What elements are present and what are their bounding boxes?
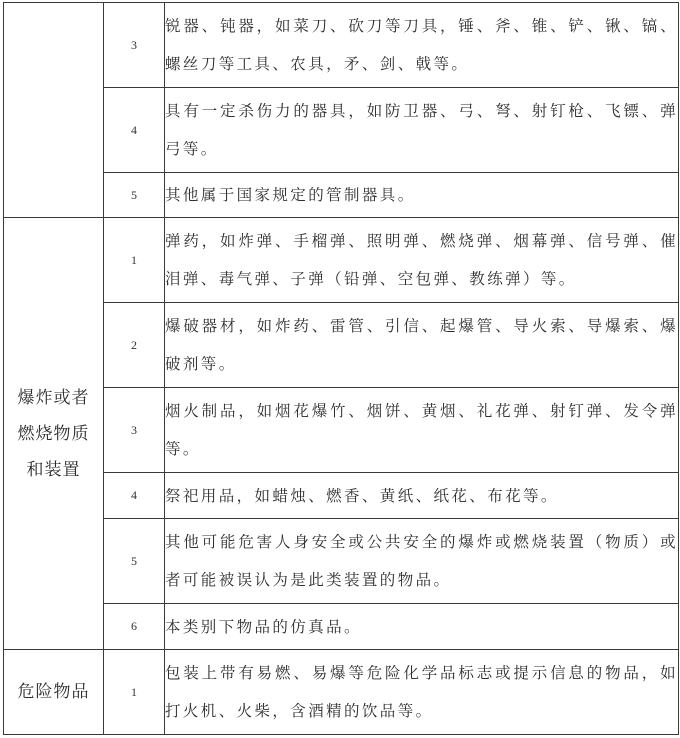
item-description: 其他可能危害人身安全或公共安全的爆炸或燃烧装置（物质）或者可能被误认为是此类装置… (165, 519, 679, 604)
category-line: 燃烧物质 (4, 416, 103, 452)
item-number: 2 (104, 303, 165, 388)
table-row: 3 烟火制品，如烟花爆竹、烟饼、黄烟、礼花弹、射钉弹、发令弹等。 (4, 388, 679, 473)
item-number: 4 (104, 88, 165, 173)
item-description: 烟火制品，如烟花爆竹、烟饼、黄烟、礼花弹、射钉弹、发令弹等。 (165, 388, 679, 473)
item-description: 包装上带有易燃、易爆等危险化学品标志或提示信息的物品，如打火机、火柴，含酒精的饮… (165, 650, 679, 735)
item-number: 5 (104, 519, 165, 604)
item-number: 6 (104, 604, 165, 650)
item-description: 锐器、钝器，如菜刀、砍刀等刀具，锤、斧、锥、铲、锹、镐、螺丝刀等工具、农具，矛、… (165, 3, 679, 88)
item-description: 爆破器材，如炸药、雷管、引信、起爆管、导火索、导爆索、爆破剂等。 (165, 303, 679, 388)
item-description: 祭祀用品，如蜡烛、燃香、黄纸、纸花、布花等。 (165, 473, 679, 519)
category-cell-controlled-instruments (4, 3, 104, 218)
item-description: 本类别下物品的仿真品。 (165, 604, 679, 650)
category-cell-explosives: 爆炸或者 燃烧物质 和装置 (4, 218, 104, 650)
table-row: 5 其他可能危害人身安全或公共安全的爆炸或燃烧装置（物质）或者可能被误认为是此类… (4, 519, 679, 604)
item-number: 5 (104, 173, 165, 218)
table-row: 6 本类别下物品的仿真品。 (4, 604, 679, 650)
item-number: 3 (104, 3, 165, 88)
table-row: 5 其他属于国家规定的管制器具。 (4, 173, 679, 218)
item-number: 1 (104, 218, 165, 303)
item-number: 3 (104, 388, 165, 473)
category-line: 爆炸或者 (4, 380, 103, 416)
table-row: 2 爆破器材，如炸药、雷管、引信、起爆管、导火索、导爆索、爆破剂等。 (4, 303, 679, 388)
table-row: 3 锐器、钝器，如菜刀、砍刀等刀具，锤、斧、锥、铲、锹、镐、螺丝刀等工具、农具，… (4, 3, 679, 88)
table-row: 4 具有一定杀伤力的器具，如防卫器、弓、弩、射钉枪、飞镖、弹弓等。 (4, 88, 679, 173)
item-description: 弹药，如炸弹、手榴弹、照明弹、燃烧弹、烟幕弹、信号弹、催泪弹、毒气弹、子弹（铅弹… (165, 218, 679, 303)
prohibited-items-table: 3 锐器、钝器，如菜刀、砍刀等刀具，锤、斧、锥、铲、锹、镐、螺丝刀等工具、农具，… (3, 2, 679, 735)
table-row: 爆炸或者 燃烧物质 和装置 1 弹药，如炸弹、手榴弹、照明弹、燃烧弹、烟幕弹、信… (4, 218, 679, 303)
item-description: 其他属于国家规定的管制器具。 (165, 173, 679, 218)
item-description: 具有一定杀伤力的器具，如防卫器、弓、弩、射钉枪、飞镖、弹弓等。 (165, 88, 679, 173)
table-row: 危险物品 1 包装上带有易燃、易爆等危险化学品标志或提示信息的物品，如打火机、火… (4, 650, 679, 735)
item-number: 1 (104, 650, 165, 735)
item-number: 4 (104, 473, 165, 519)
category-cell-dangerous-goods: 危险物品 (4, 650, 104, 735)
table-row: 4 祭祀用品，如蜡烛、燃香、黄纸、纸花、布花等。 (4, 473, 679, 519)
category-line: 和装置 (4, 452, 103, 488)
